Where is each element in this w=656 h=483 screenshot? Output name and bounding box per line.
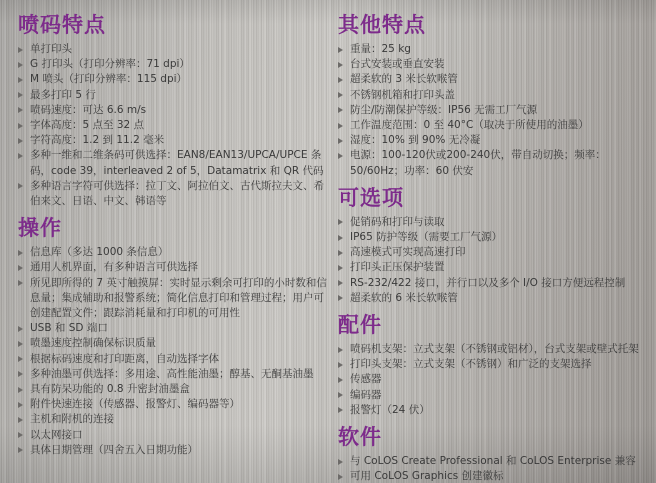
list-item-text: 喷墨速度控制确保标识质量 [30, 336, 328, 351]
list-item-text: 喷码机支架：立式支架（不锈钢或铝材），台式支架或壁式托架 [350, 342, 652, 357]
triangle-right-icon [338, 72, 350, 83]
list-item-text: 重量：25 kg [350, 42, 652, 57]
feature-list: 单打印头 G 打印头（打印分辨率：71 dpi） M 喷头（打印分辨率：115 … [18, 42, 328, 209]
list-item: 电源：100-120伏或200-240伏，带自动切换；频率：50/60Hz；功率… [338, 148, 652, 178]
list-item: 打印头支架：立式支架（不锈钢）和广泛的支架选择 [338, 357, 652, 372]
list-item-text: 防尘/防潮保护等级：IP56 无需工厂气源 [350, 103, 652, 118]
triangle-right-icon [338, 372, 350, 383]
list-item: 传感器 [338, 372, 652, 387]
list-item: 字体高度：5 点至 32 点 [18, 118, 328, 133]
triangle-right-icon [18, 397, 30, 408]
triangle-right-icon [338, 403, 350, 414]
list-item: 高速模式可实现高速打印 [338, 245, 652, 260]
triangle-right-icon [338, 230, 350, 241]
list-item: 所见即所得的 7 英寸触摸屏：实时显示剩余可打印的小时数和信息量；集成辅助和报警… [18, 276, 328, 322]
list-item-text: 喷码速度：可达 6.6 m/s [30, 103, 328, 118]
list-item-text: G 打印头（打印分辨率：71 dpi） [30, 57, 328, 72]
list-item-text: 所见即所得的 7 英寸触摸屏：实时显示剩余可打印的小时数和信息量；集成辅助和报警… [30, 276, 328, 322]
triangle-right-icon [338, 133, 350, 144]
triangle-right-icon [338, 103, 350, 114]
list-item-text: 通用人机界面，有多种语言可供选择 [30, 260, 328, 275]
list-item: 打印头正压保护装置 [338, 260, 652, 275]
list-item-text: M 喷头（打印分辨率：115 dpi） [30, 72, 328, 87]
list-item-text: 多种一维和二维条码可供选择：EAN8/EAN13/UPCA/UPCE 条码，co… [30, 148, 328, 178]
triangle-right-icon [338, 88, 350, 99]
list-item: 工作温度范围：0 至 40°C（取决于所使用的油墨） [338, 118, 652, 133]
list-item: 通用人机界面，有多种语言可供选择 [18, 260, 328, 275]
feature-list: 重量：25 kg 台式安装或垂直安装 超柔软的 3 米长软喉管 [338, 42, 652, 179]
list-item: 可用 CoLOS Graphics 创建徽标 [338, 469, 652, 483]
triangle-right-icon [338, 342, 350, 353]
list-item: M 喷头（打印分辨率：115 dpi） [18, 72, 328, 87]
list-item-text: USB 和 SD 端口 [30, 321, 328, 336]
section-title: 软件 [338, 425, 652, 449]
triangle-right-icon [338, 148, 350, 159]
list-item: 防尘/防潮保护等级：IP56 无需工厂气源 [338, 103, 652, 118]
list-item: USB 和 SD 端口 [18, 321, 328, 336]
section-title: 可选项 [338, 186, 652, 210]
section-accessories: 配件 喷码机支架：立式支架（不锈钢或铝材），台式支架或壁式托架 打印头支架：立式… [338, 313, 652, 418]
feature-list: 喷码机支架：立式支架（不锈钢或铝材），台式支架或壁式托架 打印头支架：立式支架（… [338, 342, 652, 418]
list-item: 根据标码速度和打印距离，自动选择字体 [18, 352, 328, 367]
section-operation: 操作 信息库（多达 1000 条信息） 通用人机界面，有多种语言可供选择 [18, 216, 328, 458]
triangle-right-icon [18, 276, 30, 287]
list-item-text: 打印头支架：立式支架（不锈钢）和广泛的支架选择 [350, 357, 652, 372]
triangle-right-icon [18, 148, 30, 159]
triangle-right-icon [18, 412, 30, 423]
list-item-text: 信息库（多达 1000 条信息） [30, 245, 328, 260]
triangle-right-icon [338, 276, 350, 287]
list-item: 单打印头 [18, 42, 328, 57]
triangle-right-icon [18, 336, 30, 347]
list-item-text: 打印头正压保护装置 [350, 260, 652, 275]
triangle-right-icon [18, 245, 30, 256]
list-item-text: 台式安装或垂直安装 [350, 57, 652, 72]
list-item-text: 编码器 [350, 388, 652, 403]
list-item-text: 报警灯（24 伏） [350, 403, 652, 418]
triangle-right-icon [18, 352, 30, 363]
triangle-right-icon [18, 321, 30, 332]
triangle-right-icon [18, 179, 30, 190]
list-item-text: 最多打印 5 行 [30, 88, 328, 103]
triangle-right-icon [18, 443, 30, 454]
list-item-text: 附件快速连接（传感器、报警灯、编码器等） [30, 397, 328, 412]
triangle-right-icon [18, 382, 30, 393]
triangle-right-icon [18, 103, 30, 114]
section-software: 软件 与 CoLOS Create Professional 和 CoLOS E… [338, 425, 652, 483]
list-item: 不锈钢机箱和打印头盖 [338, 88, 652, 103]
list-item: 多种油墨可供选择：多用途、高性能油墨；醇基、无酮基油墨 [18, 367, 328, 382]
section-title: 喷码特点 [18, 13, 328, 37]
left-column: 喷码特点 单打印头 G 打印头（打印分辨率：71 dpi） [18, 13, 328, 458]
section-title: 其他特点 [338, 13, 652, 37]
list-item: 与 CoLOS Create Professional 和 CoLOS Ente… [338, 454, 652, 469]
triangle-right-icon [18, 88, 30, 99]
list-item: 喷码速度：可达 6.6 m/s [18, 103, 328, 118]
triangle-right-icon [338, 260, 350, 271]
list-item-text: RS-232/422 接口，并行口以及多个 I/O 接口方便远程控制 [350, 276, 652, 291]
list-item: 主机和附机的连接 [18, 412, 328, 427]
triangle-right-icon [18, 133, 30, 144]
list-item-text: 根据标码速度和打印距离，自动选择字体 [30, 352, 328, 367]
list-item: 字符高度：1.2 到 11.2 毫米 [18, 133, 328, 148]
list-item: 促销码和打印与读取 [338, 215, 652, 230]
list-item: 喷墨速度控制确保标识质量 [18, 336, 328, 351]
triangle-right-icon [338, 245, 350, 256]
section-other-features: 其他特点 重量：25 kg 台式安装或垂直安装 超柔软的 [338, 13, 652, 179]
feature-list: 信息库（多达 1000 条信息） 通用人机界面，有多种语言可供选择 所见即所得的… [18, 245, 328, 458]
list-item: G 打印头（打印分辨率：71 dpi） [18, 57, 328, 72]
list-item: 多种语言字符可供选择：拉丁文、阿拉伯文、古代斯拉夫文、希伯来文、日语、中文、韩语… [18, 179, 328, 209]
section-options: 可选项 促销码和打印与读取 IP65 防护等级（需要工厂气源） [338, 186, 652, 306]
triangle-right-icon [338, 291, 350, 302]
triangle-right-icon [18, 260, 30, 271]
list-item: 具体日期管理（四舍五入日期功能） [18, 443, 328, 458]
list-item-text: 具有防呆功能的 0.8 升密封油墨盒 [30, 382, 328, 397]
list-item: 编码器 [338, 388, 652, 403]
list-item-text: 以太网接口 [30, 428, 328, 443]
list-item: 喷码机支架：立式支架（不锈钢或铝材），台式支架或壁式托架 [338, 342, 652, 357]
section-title: 操作 [18, 216, 328, 240]
feature-list: 促销码和打印与读取 IP65 防护等级（需要工厂气源） 高速模式可实现高速打印 [338, 215, 652, 306]
triangle-right-icon [338, 42, 350, 53]
list-item: 附件快速连接（传感器、报警灯、编码器等） [18, 397, 328, 412]
list-item-text: 超柔软的 3 米长软喉管 [350, 72, 652, 87]
list-item: 信息库（多达 1000 条信息） [18, 245, 328, 260]
triangle-right-icon [338, 388, 350, 399]
list-item: 台式安装或垂直安装 [338, 57, 652, 72]
list-item-text: 促销码和打印与读取 [350, 215, 652, 230]
list-item-text: 主机和附机的连接 [30, 412, 328, 427]
list-item-text: 电源：100-120伏或200-240伏，带自动切换；频率：50/60Hz；功率… [350, 148, 652, 178]
triangle-right-icon [18, 42, 30, 53]
triangle-right-icon [338, 357, 350, 368]
list-item-text: 不锈钢机箱和打印头盖 [350, 88, 652, 103]
list-item-text: 单打印头 [30, 42, 328, 57]
list-item-text: 高速模式可实现高速打印 [350, 245, 652, 260]
list-item-text: 具体日期管理（四舍五入日期功能） [30, 443, 328, 458]
list-item: 最多打印 5 行 [18, 88, 328, 103]
triangle-right-icon [18, 72, 30, 83]
feature-list: 与 CoLOS Create Professional 和 CoLOS Ente… [338, 454, 652, 483]
triangle-right-icon [18, 57, 30, 68]
list-item: 超柔软的 6 米长软喉管 [338, 291, 652, 306]
list-item: 湿度：10% 到 90% 无冷凝 [338, 133, 652, 148]
triangle-right-icon [338, 469, 350, 480]
list-item-text: 工作温度范围：0 至 40°C（取决于所使用的油墨） [350, 118, 652, 133]
list-item-text: 字符高度：1.2 到 11.2 毫米 [30, 133, 328, 148]
list-item-text: 湿度：10% 到 90% 无冷凝 [350, 133, 652, 148]
triangle-right-icon [18, 118, 30, 129]
list-item: 多种一维和二维条码可供选择：EAN8/EAN13/UPCA/UPCE 条码，co… [18, 148, 328, 178]
list-item-text: 可用 CoLOS Graphics 创建徽标 [350, 469, 652, 483]
list-item-text: 多种油墨可供选择：多用途、高性能油墨；醇基、无酮基油墨 [30, 367, 328, 382]
list-item-text: 字体高度：5 点至 32 点 [30, 118, 328, 133]
list-item-text: 超柔软的 6 米长软喉管 [350, 291, 652, 306]
triangle-right-icon [338, 215, 350, 226]
list-item-text: IP65 防护等级（需要工厂气源） [350, 230, 652, 245]
list-item: 超柔软的 3 米长软喉管 [338, 72, 652, 87]
list-item: 具有防呆功能的 0.8 升密封油墨盒 [18, 382, 328, 397]
list-item: 报警灯（24 伏） [338, 403, 652, 418]
section-print-features: 喷码特点 单打印头 G 打印头（打印分辨率：71 dpi） [18, 13, 328, 209]
list-item-text: 与 CoLOS Create Professional 和 CoLOS Ente… [350, 454, 652, 469]
right-column: 其他特点 重量：25 kg 台式安装或垂直安装 超柔软的 [338, 13, 652, 483]
triangle-right-icon [338, 118, 350, 129]
triangle-right-icon [338, 57, 350, 68]
triangle-right-icon [18, 428, 30, 439]
triangle-right-icon [18, 367, 30, 378]
list-item-text: 传感器 [350, 372, 652, 387]
triangle-right-icon [338, 454, 350, 465]
list-item: 重量：25 kg [338, 42, 652, 57]
spec-sheet: 喷码特点 单打印头 G 打印头（打印分辨率：71 dpi） [0, 0, 656, 483]
list-item-text: 多种语言字符可供选择：拉丁文、阿拉伯文、古代斯拉夫文、希伯来文、日语、中文、韩语… [30, 179, 328, 209]
list-item: IP65 防护等级（需要工厂气源） [338, 230, 652, 245]
section-title: 配件 [338, 313, 652, 337]
list-item: RS-232/422 接口，并行口以及多个 I/O 接口方便远程控制 [338, 276, 652, 291]
list-item: 以太网接口 [18, 428, 328, 443]
